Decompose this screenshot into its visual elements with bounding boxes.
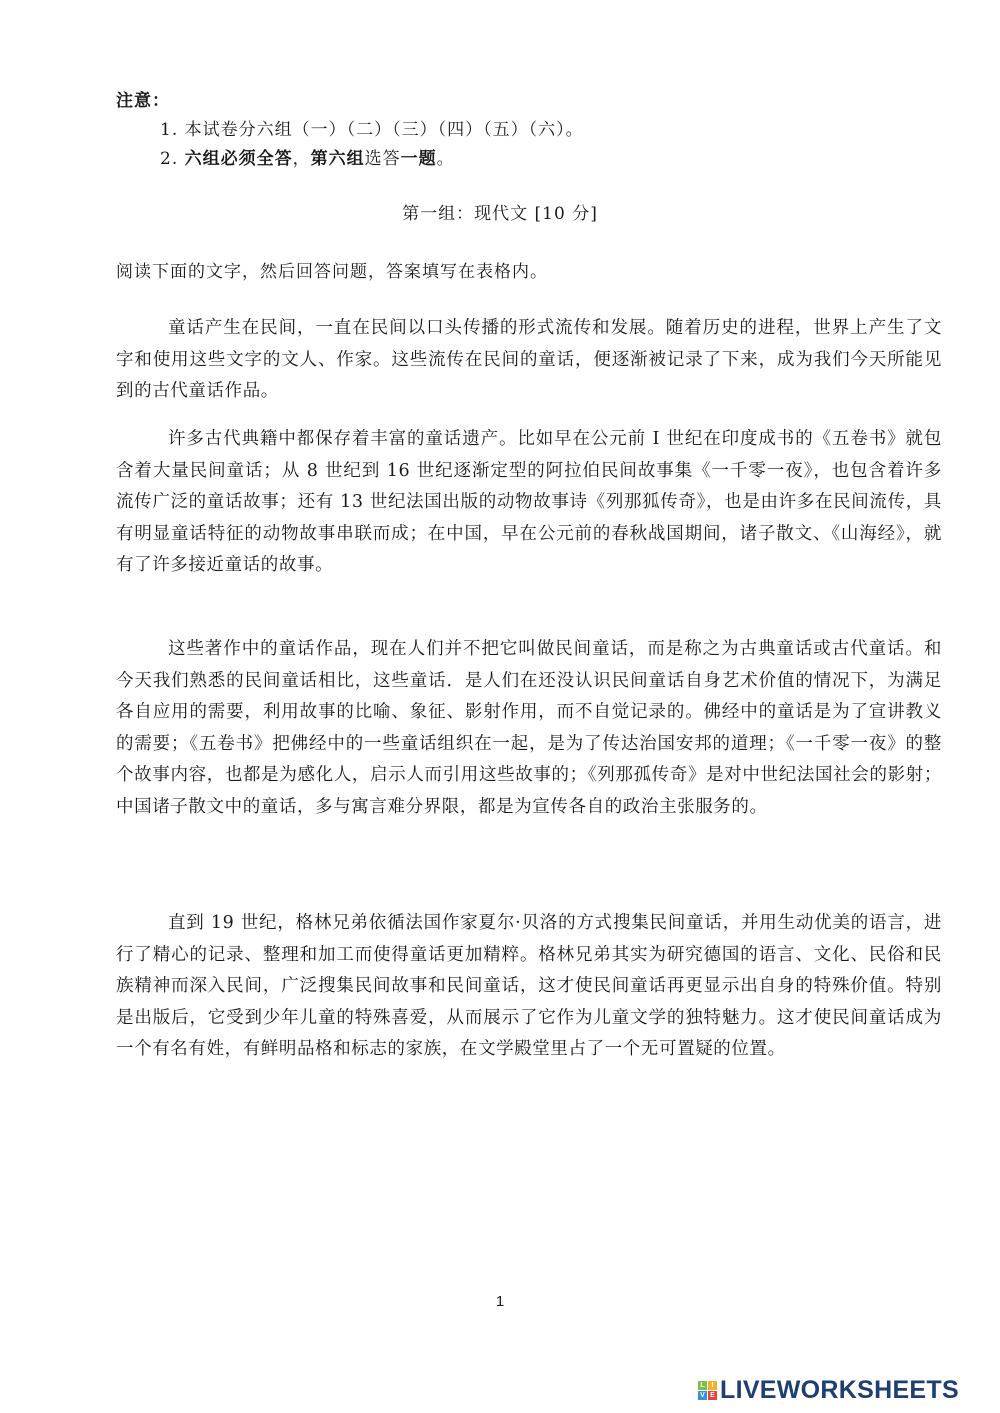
- logo-block-i: I: [708, 1381, 717, 1390]
- notice-item-1: 1. 本试卷分六组（一）（二）（三）（四）（五）（六）。: [160, 115, 584, 140]
- logo-block-v: V: [698, 1391, 707, 1400]
- notice-item-number: 2.: [160, 149, 178, 169]
- notice-item-text: 本试卷分六组（一）（二）（三）（四）（五）（六）。: [185, 120, 584, 140]
- notice-emphasis: 一题: [401, 149, 437, 169]
- notice-emphasis: 第六组: [311, 149, 365, 169]
- passage-paragraph-2: 许多古代典籍中都保存着丰富的童话遗产。比如早在公元前 I 世纪在印度成书的《五卷…: [116, 424, 942, 582]
- notice-title: 注意：: [116, 86, 170, 111]
- notice-item-number: 1.: [160, 120, 178, 140]
- section-title: 第一组：现代文 [10 分]: [0, 199, 1000, 224]
- logo-block-l: L: [698, 1381, 707, 1390]
- notice-text: 。: [437, 149, 455, 169]
- passage-paragraph-4: 直到 19 世纪，格林兄弟依循法国作家夏尔·贝洛的方式搜集民间童话，并用生动优美…: [116, 908, 942, 1066]
- passage-paragraph-1: 童话产生在民间，一直在民间以口头传播的形式流传和发展。随着历史的进程，世界上产生…: [116, 313, 942, 408]
- logo-text: LIVEWORKSHEETS: [720, 1378, 959, 1403]
- liveworksheets-logo[interactable]: L I V E LIVEWORKSHEETS: [698, 1378, 959, 1403]
- worksheet-page: 注意： 1. 本试卷分六组（一）（二）（三）（四）（五）（六）。 2. 六组必须…: [0, 0, 1000, 1413]
- notice-emphasis: 六组必须全答: [185, 149, 293, 169]
- page-number: 1: [0, 1293, 1000, 1310]
- logo-block-e: E: [708, 1391, 717, 1400]
- notice-text: 选答: [365, 149, 401, 169]
- passage-paragraph-3: 这些著作中的童话作品，现在人们并不把它叫做民间童话，而是称之为古典童话或古代童话…: [116, 634, 942, 823]
- logo-blocks-icon: L I V E: [698, 1381, 717, 1400]
- notice-text: ，: [293, 149, 311, 169]
- reading-instruction: 阅读下面的文字，然后回答问题，答案填写在表格内。: [116, 257, 548, 282]
- notice-item-2: 2. 六组必须全答，第六组选答一题。: [160, 144, 455, 169]
